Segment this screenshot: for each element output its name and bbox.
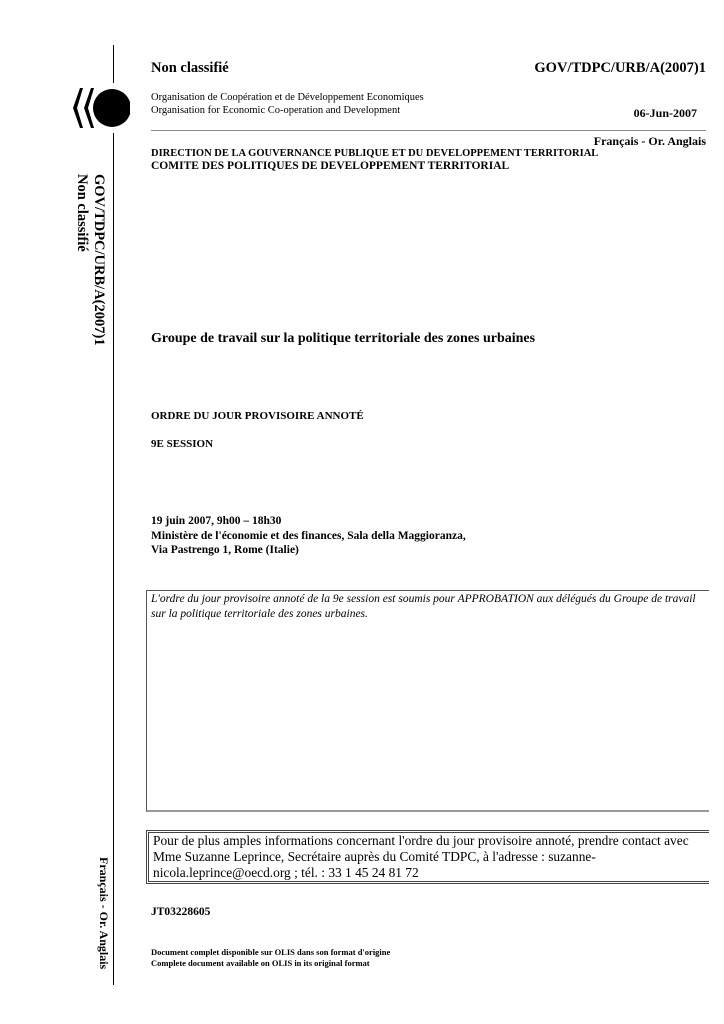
org-name-fr: Organisation de Coopération et de Dévelo…	[151, 92, 424, 103]
session-label: 9E SESSION	[151, 438, 213, 450]
working-party-title: Groupe de travail sur la politique terri…	[151, 331, 535, 347]
document-date: 06-Jun-2007	[634, 106, 697, 121]
agenda-label: ORDRE DU JOUR PROVISOIRE ANNOTÉ	[151, 410, 364, 422]
directorate-label: DIRECTION DE LA GOUVERNANCE PUBLIQUE ET …	[151, 148, 598, 159]
language-label: Français - Or. Anglais	[594, 134, 706, 149]
olis-note-en: Complete document available on OLIS in i…	[151, 958, 370, 968]
side-classification: Non classifié	[73, 174, 90, 252]
oecd-logo-icon	[70, 86, 130, 130]
document-code: GOV/TDPC/URB/A(2007)1	[534, 60, 706, 77]
venue-line-1: Ministère de l'économie et des finances,…	[151, 530, 466, 542]
side-doc-code: GOV/TDPC/URB/A(2007)1	[90, 174, 107, 346]
olis-note-fr: Document complet disponible sur OLIS dan…	[151, 947, 390, 957]
committee-label: COMITE DES POLITIQUES DE DEVELOPPEMENT T…	[151, 160, 509, 172]
jt-number: JT03228605	[151, 906, 210, 918]
contact-line-3: nicola.leprince@oecd.org ; tél. : 33 1 4…	[149, 865, 709, 881]
side-languages: Français - Or. Anglais	[96, 857, 111, 969]
margin-rule-top	[113, 45, 114, 83]
approval-box: L'ordre du jour provisoire annoté de la …	[146, 590, 709, 812]
classification-label: Non classifié	[151, 60, 229, 77]
header-divider	[151, 130, 706, 131]
org-name-en: Organisation for Economic Co-operation a…	[151, 105, 400, 116]
approval-text: L'ordre du jour provisoire annoté de la …	[147, 591, 709, 623]
meeting-date: 19 juin 2007, 9h00 – 18h30	[151, 515, 281, 527]
margin-rule	[113, 133, 114, 985]
contact-line-1: Pour de plus amples informations concern…	[149, 833, 709, 849]
contact-box: Pour de plus amples informations concern…	[146, 830, 709, 884]
venue-line-2: Via Pastrengo 1, Rome (Italie)	[151, 544, 299, 556]
contact-line-2: Mme Suzanne Leprince, Secrétaire auprès …	[149, 849, 709, 865]
